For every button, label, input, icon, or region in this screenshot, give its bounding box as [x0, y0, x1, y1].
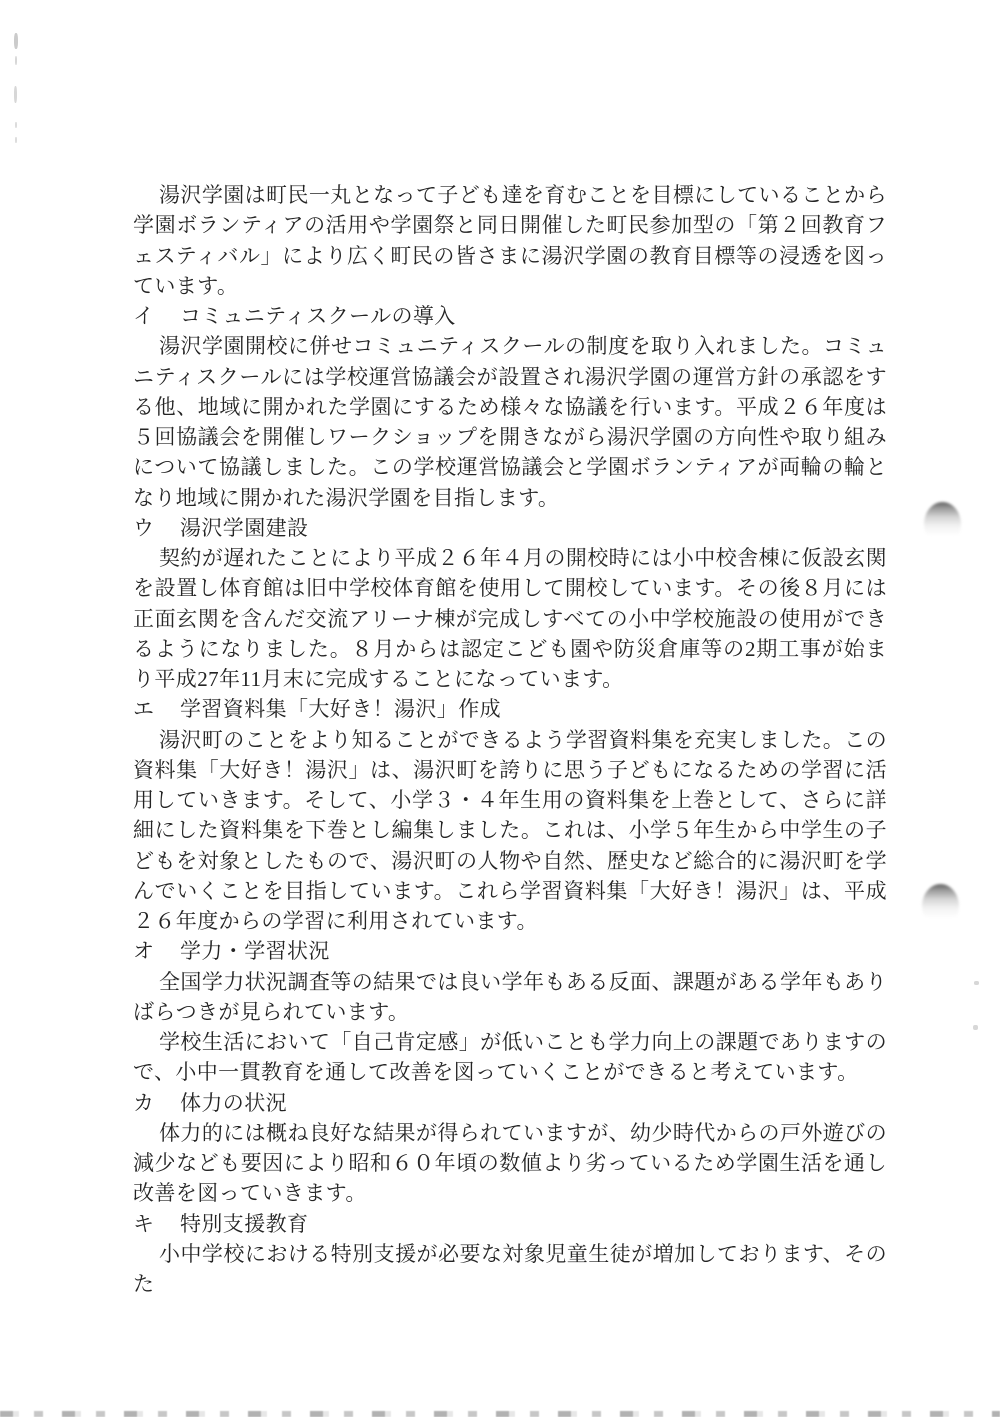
section-title: 体力の状況 [180, 1091, 287, 1115]
section-marker: エ [133, 694, 180, 724]
paragraph: 湯沢町のことをより知ることができるよう学習資料集を充実しました。この資料集「大好… [133, 725, 887, 937]
paragraph: 学校生活において「自己肯定感」が低いことも学力向上の課題でありますので、小中一貫… [133, 1027, 887, 1088]
scan-speck [15, 137, 17, 143]
paragraph: 小中学校における特別支援が必要な対象児童生徒が増加しております、そのた [133, 1239, 887, 1300]
section-heading: ウ湯沢学園建設 [133, 513, 887, 543]
scan-speck [974, 981, 979, 985]
scan-edge-artifact [0, 1411, 1000, 1417]
section-marker: オ [133, 936, 180, 966]
section-marker: キ [133, 1209, 180, 1239]
scan-speck [14, 86, 17, 103]
section-heading: オ学力・学習状況 [133, 936, 887, 966]
section-heading: エ学習資料集「大好き！湯沢」作成 [133, 694, 887, 724]
scan-speck [973, 1025, 978, 1030]
section-marker: カ [133, 1088, 180, 1118]
section-marker: ウ [133, 513, 180, 543]
section-title: 学力・学習状況 [180, 939, 330, 963]
paragraph: 全国学力状況調査等の結果では良い学年もある反面、課題がある学年もありばらつきが見… [133, 967, 887, 1028]
paragraph: 湯沢学園開校に併せコミュニティスクールの制度を取り入れました。コミュニティスクー… [133, 331, 887, 513]
section-title: 学習資料集「大好き！湯沢」作成 [180, 697, 501, 721]
section-title: コミュニティスクールの導入 [180, 304, 456, 328]
scan-speck [15, 122, 17, 128]
paragraph: 体力的には概ね良好な結果が得られていますが、幼少時代からの戸外遊びの減少なども要… [133, 1118, 887, 1209]
document-text-block: 湯沢学園は町民一丸となって子ども達を育むことを目標にしていることから学園ボランテ… [133, 180, 887, 1299]
scan-speck [14, 33, 18, 49]
scanned-document-page: 湯沢学園は町民一丸となって子ども達を育むことを目標にしていることから学園ボランテ… [0, 0, 1000, 1417]
section-title: 特別支援教育 [180, 1212, 308, 1236]
punch-hole-shadow [922, 884, 959, 928]
section-marker: イ [133, 301, 180, 331]
section-heading: キ特別支援教育 [133, 1209, 887, 1239]
section-title: 湯沢学園建設 [180, 516, 308, 540]
paragraph: 契約が遅れたことにより平成２６年４月の開校時には小中校舎棟に仮設玄関を設置し体育… [133, 543, 887, 694]
punch-hole-shadow [924, 502, 961, 546]
paragraph: 湯沢学園は町民一丸となって子ども達を育むことを目標にしていることから学園ボランテ… [133, 180, 887, 301]
section-heading: カ体力の状況 [133, 1088, 887, 1118]
scan-speck [15, 56, 17, 65]
section-heading: イコミュニティスクールの導入 [133, 301, 887, 331]
